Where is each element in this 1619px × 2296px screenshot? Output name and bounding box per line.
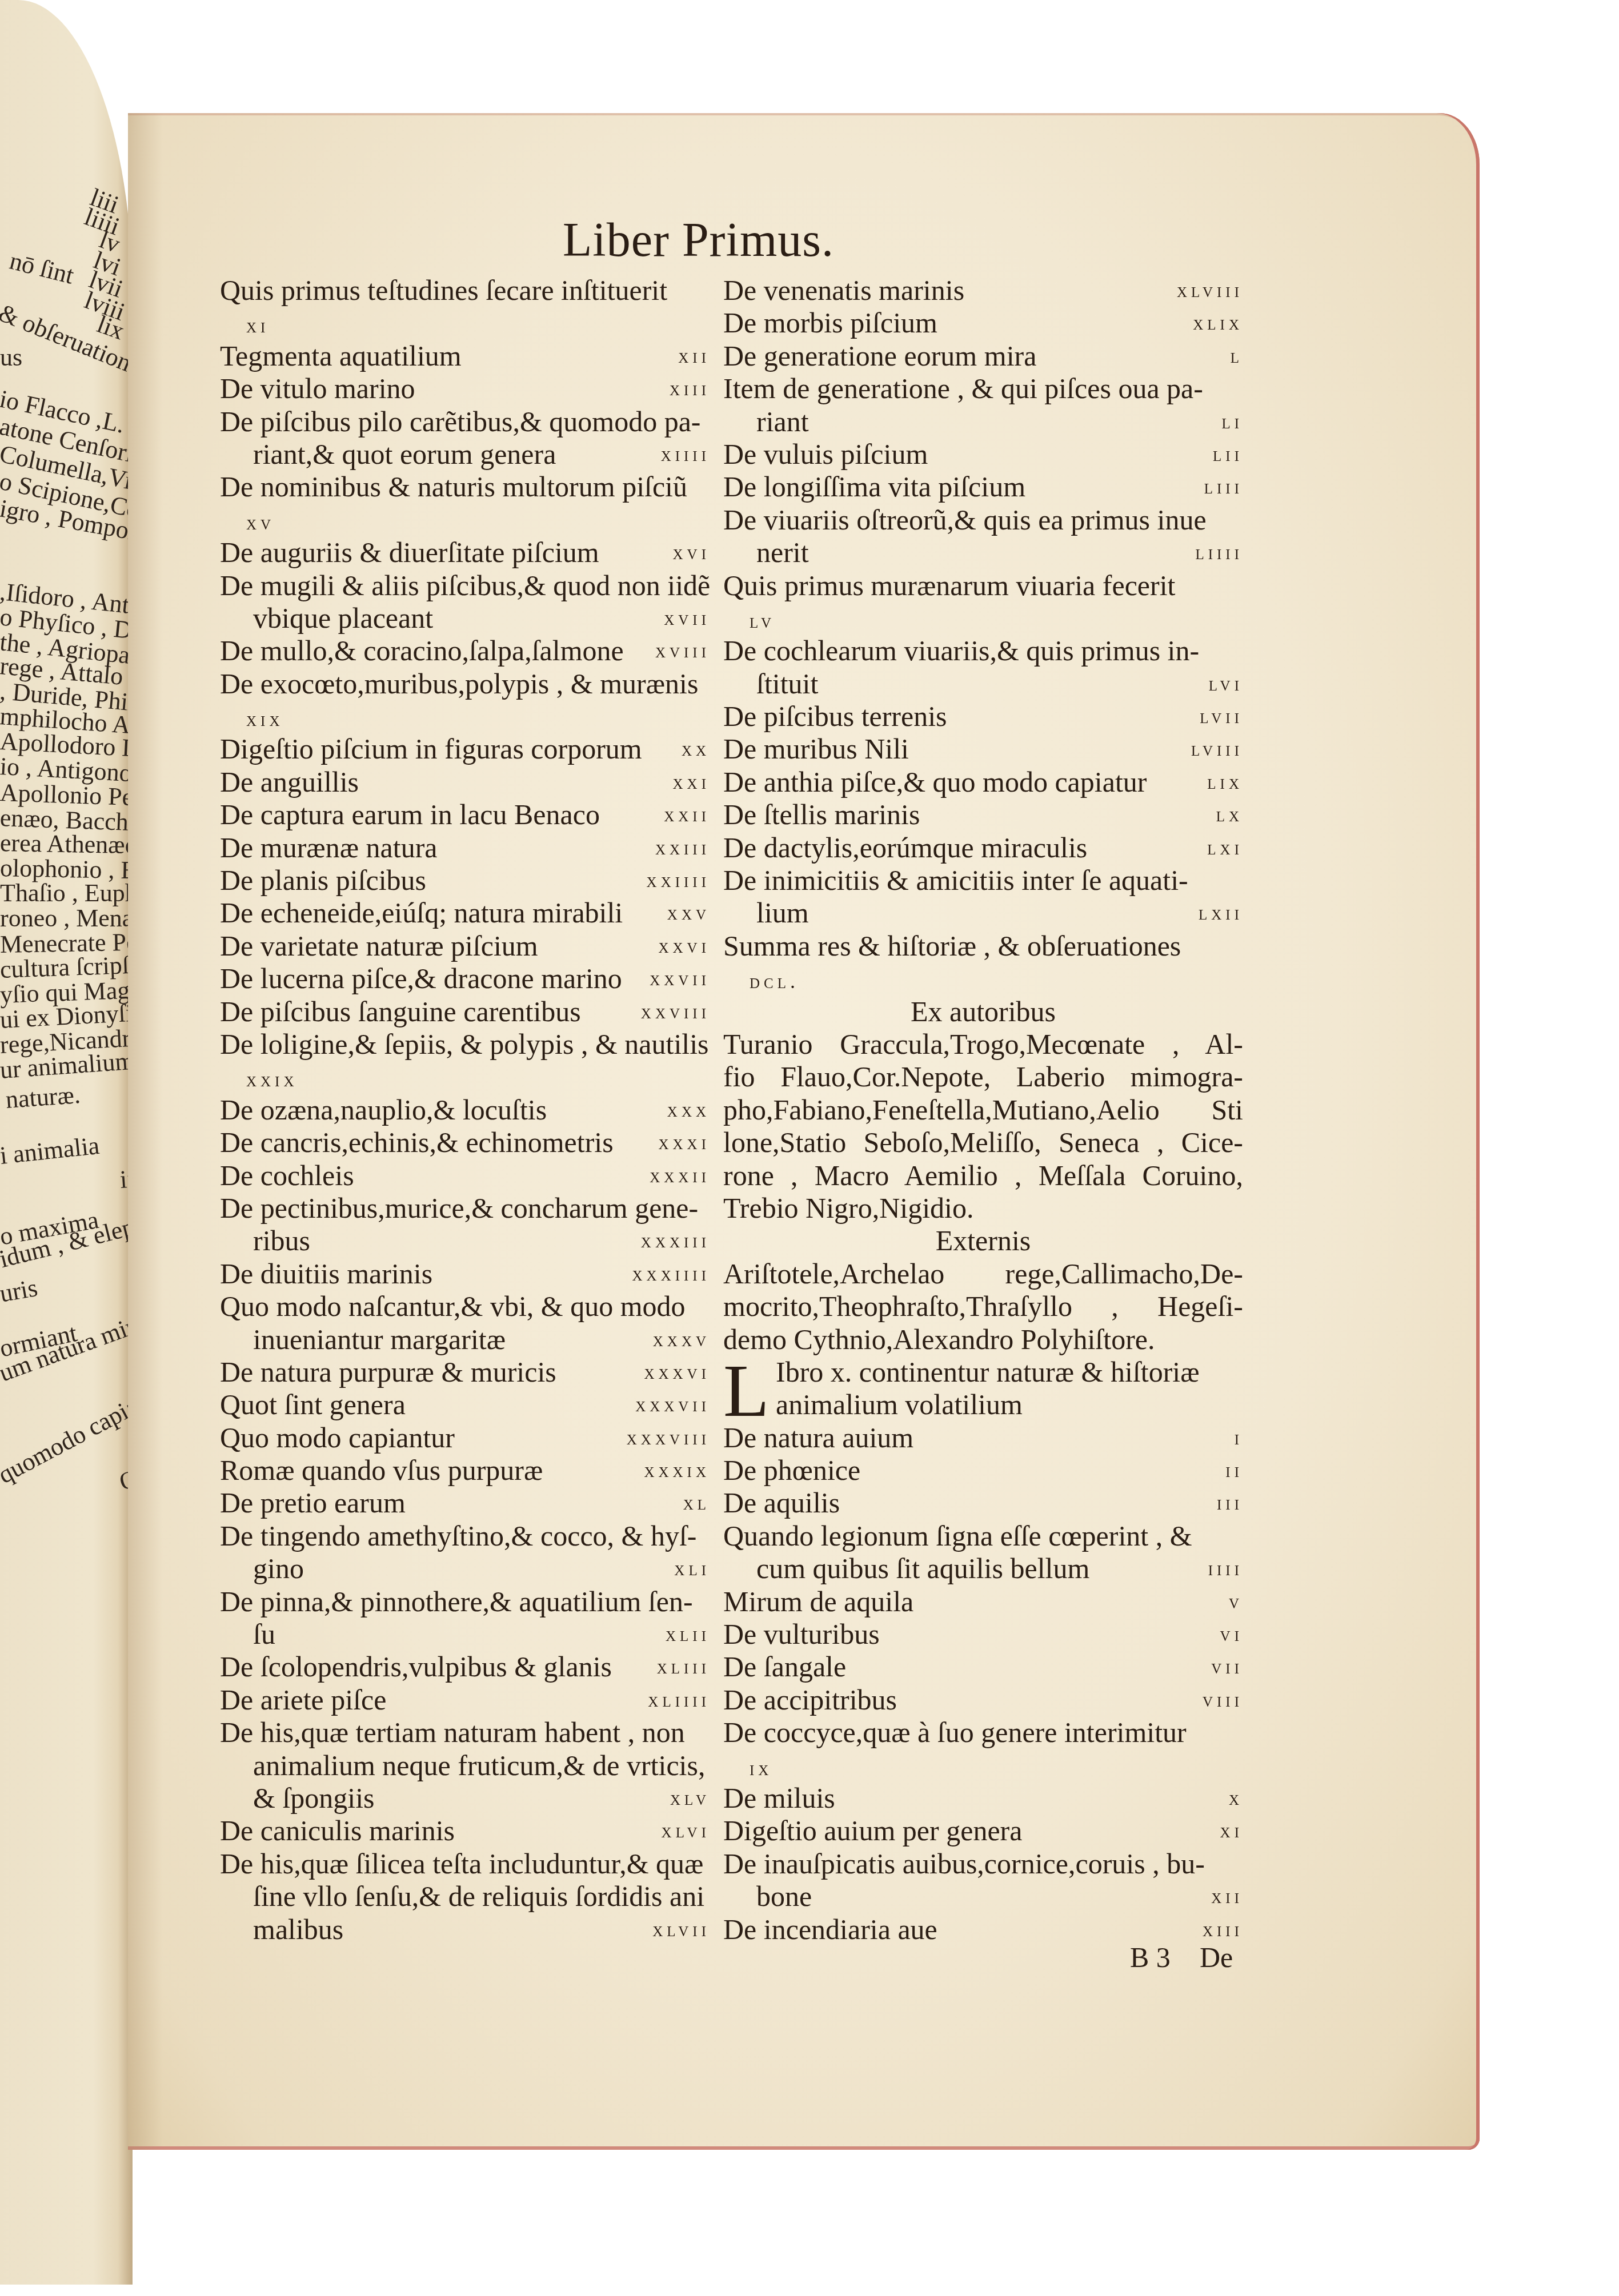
entry-title: De ſangale [723, 1651, 846, 1683]
entry-line: Quando legionum ſigna eſſe cœperint , & [723, 1520, 1243, 1552]
entry-title: De pectinibus,murice,& concharum gene- [220, 1192, 698, 1225]
chapter-number: liiii [1189, 536, 1243, 569]
chapter-number: xx [676, 733, 710, 765]
chapter-number: xix [241, 708, 283, 730]
entry-title: De murænæ natura [220, 832, 437, 864]
author-line: pho,Fabiano,Feneſtella,Mutiano,Aelio Sti [723, 1094, 1243, 1126]
entry-line: De morbis piſciumxlix [723, 307, 1243, 339]
entry-title: De echeneide,eiúſq; natura mirabili [220, 897, 623, 929]
entry-title: gino [253, 1552, 304, 1585]
chapter-number: xlix [1187, 307, 1243, 339]
entry-title: De auguriis & diuerſitate piſcium [220, 536, 599, 569]
left-page-fragment: us [0, 343, 22, 372]
chapter-number: x [1223, 1782, 1243, 1815]
entry-title: De piſcibus ſanguine carentibus [220, 996, 581, 1028]
entry-title: De vuluis piſcium [723, 438, 928, 471]
entry-title: De exocœto,muribus,polypis , & murænis [220, 668, 698, 700]
index-entry: De venenatis marinisxlviii [723, 274, 1243, 307]
facing-left-page: liiiliiiilvlvinō ſintlviilviiilix& obſer… [0, 0, 133, 2285]
index-entry: De ſtellis marinislx [723, 798, 1243, 831]
entry-line: ſine vllo ſenſu,& de reliquis ſordidis a… [220, 1880, 710, 1913]
entry-title: nerit [756, 536, 809, 569]
index-entry: De mugili & aliis piſcibus,& quod non ii… [220, 569, 710, 635]
entry-line: De nominibus & naturis multorum piſciũ [220, 471, 710, 503]
entry-title: De generatione eorum mira [723, 340, 1036, 372]
book-x-heading: L Ibro x. continentur naturæ & hiſtoriæ … [723, 1356, 1243, 1422]
entry-line: De cochleisxxxii [220, 1159, 710, 1192]
entry-title: malibus [253, 1913, 343, 1946]
chapter-number: viii [1197, 1684, 1243, 1716]
entry-line: De muribus Nililviii [723, 733, 1243, 765]
index-entry: De muribus Nililviii [723, 733, 1243, 765]
foreign-authors-list: Ariſtotele,Archelao rege,Callimacho,De-m… [723, 1258, 1243, 1356]
spine-shadow [128, 113, 162, 2150]
chapter-number: xxxii [644, 1159, 710, 1192]
left-page-fragment: nō ſint [7, 246, 77, 290]
entry-line: De piſcibus ſanguine carentibusxxviii [220, 996, 710, 1028]
entry-title: De pretio earum [220, 1487, 406, 1519]
left-column-index: Quis primus teſtudines ſecare inſtitueri… [220, 274, 710, 1946]
entry-line: De varietate naturæ piſciumxxvi [220, 930, 710, 962]
index-entry: De ſcolopendris,vulpibus & glanisxliii [220, 1651, 710, 1683]
chapter-number: xxviii [635, 996, 710, 1028]
author-line: demo Cythnio,Alexandro Polyhiſtore. [723, 1323, 1243, 1356]
chapter-number: xi [241, 314, 269, 337]
entry-title: De anthia piſce,& quo modo capiatur [723, 766, 1147, 798]
entry-line: malibusxlvii [220, 1913, 710, 1946]
entry-title: De diuitiis marinis [220, 1258, 432, 1290]
index-entry: De piſcibus ſanguine carentibusxxviii [220, 996, 710, 1028]
entry-title: Digeſtio auium per genera [723, 1815, 1022, 1847]
entry-title: De ſcolopendris,vulpibus & glanis [220, 1651, 612, 1683]
entry-line: ribusxxxiii [220, 1225, 710, 1257]
index-entry: De mullo,& coracino,ſalpa,ſalmonexviii [220, 635, 710, 667]
entry-title: De captura earum in lacu Benaco [220, 798, 600, 831]
entry-title: Quot ſint genera [220, 1388, 406, 1421]
entry-title: ſu [253, 1618, 275, 1651]
entry-line: inueniantur margaritæxxxv [220, 1323, 710, 1356]
entry-line: De his,quæ ſilicea teſta includuntur,& q… [220, 1848, 710, 1880]
roman-authors-list: Turanio Graccula,Trogo,Mecœnate , Al-fio… [723, 1028, 1243, 1225]
chapter-number: ix [744, 1757, 772, 1780]
entry-title: Summa res & hiſtoriæ , & obſeruationes [723, 930, 1181, 962]
book-ix-chapters-continued: De venenatis marinisxlviiiDe morbis piſc… [723, 274, 1243, 996]
entry-title: Tegmenta aquatilium [220, 340, 462, 372]
entry-line: De piſcibus terrenislvii [723, 700, 1243, 733]
index-entry: De accipitribusviii [723, 1684, 1243, 1716]
entry-title: De natura purpuræ & muricis [220, 1356, 556, 1388]
entry-title: De his,quæ tertiam naturam habent , non [220, 1716, 685, 1749]
author-line: mocrito,Theophraſto,Thraſyllo , Hegeſi- [723, 1290, 1243, 1323]
chapter-number: xvii [658, 602, 710, 635]
chapter-number: lxii [1193, 897, 1243, 929]
chapter-number: xxvi [653, 930, 711, 962]
entry-title: De miluis [723, 1782, 835, 1815]
entry-title: De cochlearum viuariis,& quis primus in- [723, 635, 1199, 667]
entry-line: De generatione eorum miral [723, 340, 1243, 372]
entry-line: De loligine,& ſepiis, & polypis , & naut… [220, 1028, 710, 1061]
entry-line: Mirum de aquilav [723, 1585, 1243, 1618]
entry-line: liumlxii [723, 897, 1243, 929]
entry-title: De vitulo marino [220, 372, 415, 405]
entry-title: De venenatis marinis [723, 274, 964, 307]
entry-title: De nominibus & naturis multorum piſciũ [220, 471, 687, 503]
entry-title: De caniculis marinis [220, 1815, 455, 1847]
chapter-number: xxxix [638, 1454, 710, 1487]
index-entry: De natura auiumi [723, 1422, 1243, 1454]
entry-line: De piſcibus pilo carẽtibus,& quomodo pa- [220, 406, 710, 438]
entry-line: De echeneide,eiúſq; natura mirabilixxv [220, 897, 710, 929]
entry-title: De his,quæ ſilicea teſta includuntur,& q… [220, 1848, 703, 1880]
entry-line: De vulturibusvi [723, 1618, 1243, 1651]
chapter-number: xxx [662, 1094, 710, 1126]
entry-line: animalium neque fruticum,& de vrticis, [220, 1749, 710, 1782]
entry-title: De phœnice [723, 1454, 860, 1487]
left-page-fragment: naturæ. [5, 1080, 81, 1114]
index-entry: De echeneide,eiúſq; natura mirabilixxv [220, 897, 710, 929]
entry-line: De mullo,& coracino,ſalpa,ſalmonexviii [220, 635, 710, 667]
entry-title: De tingendo amethyſtino,& cocco, & hyſ- [220, 1520, 697, 1552]
left-page-fragment: uris [0, 1273, 39, 1308]
chapter-number: xvi [667, 536, 710, 569]
running-head: Liber Primus. [563, 212, 834, 268]
entry-line: De inauſpicatis auibus,cornice,coruis , … [723, 1848, 1243, 1880]
entry-title: riant [756, 406, 809, 438]
index-entry: De varietate naturæ piſciumxxvi [220, 930, 710, 962]
entry-title: cum quibus ſit aquilis bellum [756, 1552, 1089, 1585]
entry-title: Quis primus murænarum viuaria fecerit [723, 569, 1175, 602]
book-x-line-1: Ibro x. continentur naturæ & hiſtoriæ [776, 1356, 1243, 1388]
chapter-number: xxi [667, 766, 710, 798]
entry-line: Quot ſint generaxxxvii [220, 1388, 710, 1421]
entry-line: De cochlearum viuariis,& quis primus in- [723, 635, 1243, 667]
entry-line: De tingendo amethyſtino,& cocco, & hyſ- [220, 1520, 710, 1552]
chapter-number: lvii [1194, 700, 1243, 733]
index-entry: Mirum de aquilav [723, 1585, 1243, 1618]
left-page-fragment: i animalia [0, 1131, 101, 1170]
chapter-number: xlvii [647, 1913, 710, 1946]
entry-line: Summa res & hiſtoriæ , & obſeruationes [723, 930, 1243, 962]
entry-title: De dactylis,eorúmque miraculis [723, 832, 1087, 864]
entry-line: De coccyce,quæ à ſuo genere interimitur [723, 1716, 1243, 1749]
author-line: Trebio Nigro,Nigidio. [723, 1192, 1243, 1225]
index-entry: De longiſſima vita piſciumliii [723, 471, 1243, 503]
chapter-number: xii [1205, 1880, 1243, 1913]
index-entry: Quis primus teſtudines ſecare inſtitueri… [220, 274, 710, 340]
entry-title: De incendiaria aue [723, 1913, 937, 1946]
index-entry: Tegmenta aquatiliumxii [220, 340, 710, 372]
chapter-number: xxxviii [621, 1422, 710, 1454]
entry-line: De viuariis oſtreorũ,& quis ea primus in… [723, 504, 1243, 536]
index-entry: De viuariis oſtreorũ,& quis ea primus in… [723, 504, 1243, 569]
chapter-number: xxiii [650, 832, 710, 864]
index-entry: De ariete piſcexliiii [220, 1684, 710, 1716]
entry-line: De planis piſcibusxxiiii [220, 864, 710, 897]
chapter-number: li [1216, 406, 1243, 438]
chapter-number: xxxvi [638, 1356, 710, 1388]
chapter-number: xviii [650, 635, 710, 667]
chapter-number: xiiii [655, 438, 710, 471]
chapter-number: lv [744, 609, 775, 632]
entry-line: De dactylis,eorúmque miraculislxi [723, 832, 1243, 864]
index-entry: De loligine,& ſepiis, & polypis , & naut… [220, 1028, 710, 1094]
chapter-number: xxxi [653, 1126, 711, 1159]
chapter-number: xxiiii [641, 864, 710, 897]
index-entry: De caniculis marinisxlvi [220, 1815, 710, 1847]
chapter-number: xl [678, 1487, 710, 1519]
entry-line: De diuitiis marinisxxxiiii [220, 1258, 710, 1290]
chapter-number: i [1229, 1422, 1243, 1454]
entry-title: De piſcibus pilo carẽtibus,& quomodo pa- [220, 406, 701, 438]
entry-title: De muribus Nili [723, 733, 909, 765]
entry-title: Quo modo capiantur [220, 1422, 455, 1454]
entry-line: De aquilisiii [723, 1487, 1243, 1519]
entry-title: Mirum de aquila [723, 1585, 913, 1618]
entry-title: ſtituit [756, 668, 818, 700]
chapter-number: xi [1215, 1815, 1243, 1847]
entry-line: De anguillisxxi [220, 766, 710, 798]
index-entry: Quando legionum ſigna eſſe cœperint , &c… [723, 1520, 1243, 1585]
left-page-fragment: quomodo capiantur [0, 1372, 133, 1490]
entry-line: Quo modo capianturxxxviii [220, 1422, 710, 1454]
entry-line: De pinna,& pinnothere,& aquatilium ſen- [220, 1585, 710, 1618]
entry-line: ginoxli [220, 1552, 710, 1585]
index-entry: De his,quæ ſilicea teſta includuntur,& q… [220, 1848, 710, 1946]
index-entry: De his,quæ tertiam naturam habent , nona… [220, 1716, 710, 1815]
entry-line: vbique placeantxvii [220, 602, 710, 635]
index-entry: De auguriis & diuerſitate piſciumxvi [220, 536, 710, 569]
author-line: Turanio Graccula,Trogo,Mecœnate , Al- [723, 1028, 1243, 1061]
chapter-number: xii [672, 340, 710, 372]
chapter-number: xliiii [642, 1684, 710, 1716]
index-entry: De cochleisxxxii [220, 1159, 710, 1192]
index-entry: De captura earum in lacu Benacoxxii [220, 798, 710, 831]
chapter-number: vii [1205, 1651, 1243, 1683]
entry-line: De natura purpuræ & muricisxxxvi [220, 1356, 710, 1388]
entry-title: De mugili & aliis piſcibus,& quod non ii… [220, 569, 710, 602]
index-entry: De anguillisxxi [220, 766, 710, 798]
entry-line: De vuluis piſciumlii [723, 438, 1243, 471]
index-entry: De vulturibusvi [723, 1618, 1243, 1651]
index-entry: Romæ quando vſus purpuræxxxix [220, 1454, 710, 1487]
right-column-index: De venenatis marinisxlviiiDe morbis piſc… [723, 274, 1243, 1946]
entry-title: De natura auium [723, 1422, 913, 1454]
entry-title: vbique placeant [253, 602, 433, 635]
entry-line: Digeſtio auium per generaxi [723, 1815, 1243, 1847]
entry-title: De ſtellis marinis [723, 798, 920, 831]
index-entry: De coccyce,quæ à ſuo genere interimituri… [723, 1716, 1243, 1782]
chapter-number: xlviii [1171, 274, 1243, 307]
chapter-number: lii [1207, 438, 1243, 471]
index-entry: De cochlearum viuariis,& quis primus in-… [723, 635, 1243, 700]
entry-title: De lucerna piſce,& dracone marino [220, 962, 622, 995]
entry-title: De ariete piſce [220, 1684, 386, 1716]
entry-line: De captura earum in lacu Benacoxxii [220, 798, 710, 831]
entry-line: De ſtellis marinislx [723, 798, 1243, 831]
signature-mark: B 3 [1130, 1941, 1171, 1974]
index-entry: De natura purpuræ & muricisxxxvi [220, 1356, 710, 1388]
entry-line: De ariete piſcexliiii [220, 1684, 710, 1716]
entry-line: De cancris,echinis,& echinometrisxxxi [220, 1126, 710, 1159]
chapter-number: liii [1199, 471, 1243, 503]
entry-line: ſuxlii [220, 1618, 710, 1651]
index-entry: De tingendo amethyſtino,& cocco, & hyſ-g… [220, 1520, 710, 1585]
index-entry: Digeſtio auium per generaxi [723, 1815, 1243, 1847]
index-entry: Digeſtio piſcium in figuras corporumxx [220, 733, 710, 765]
entry-title: De ozæna,nauplio,& locuſtis [220, 1094, 547, 1126]
entry-line: Item de generatione , & qui piſces oua p… [723, 372, 1243, 405]
chapter-number: xxv [662, 897, 710, 929]
entry-line: De his,quæ tertiam naturam habent , non [220, 1716, 710, 1749]
entry-line: De murænæ naturaxxiii [220, 832, 710, 864]
index-entry: De lucerna piſce,& dracone marinoxxvii [220, 962, 710, 995]
externis-heading: Externis [723, 1225, 1243, 1257]
index-entry: De vuluis piſciumlii [723, 438, 1243, 471]
chapter-number: v [1223, 1585, 1243, 1618]
chapter-number: xxii [658, 798, 710, 831]
entry-line: De miluisx [723, 1782, 1243, 1815]
index-entry: De diuitiis marinisxxxiiii [220, 1258, 710, 1290]
entry-line: ſtituitlvi [723, 668, 1243, 700]
entry-line: bonexii [723, 1880, 1243, 1913]
entry-line: De venenatis marinisxlviii [723, 274, 1243, 307]
entry-title: De piſcibus terrenis [723, 700, 947, 733]
chapter-number: xxix [241, 1068, 298, 1091]
chapter-number: iiii [1203, 1552, 1243, 1585]
chapter-number: ii [1220, 1454, 1243, 1487]
entry-line: De ſangalevii [723, 1651, 1243, 1683]
entry-line: De auguriis & diuerſitate piſciumxvi [220, 536, 710, 569]
index-entry: Summa res & hiſtoriæ , & obſeruationesdc… [723, 930, 1243, 996]
chapter-number: dcl. [744, 970, 799, 993]
index-entry: Item de generatione , & qui piſces oua p… [723, 372, 1243, 438]
entry-title: De aquilis [723, 1487, 840, 1519]
index-entry: De pretio earumxl [220, 1487, 710, 1519]
entry-title: De inimicitiis & amicitiis inter ſe aqua… [723, 864, 1188, 897]
chapter-number: lvi [1203, 668, 1243, 700]
entry-line: Romæ quando vſus purpuræxxxix [220, 1454, 710, 1487]
index-entry: De dactylis,eorúmque miraculislxi [723, 832, 1243, 864]
entry-line: De ozæna,nauplio,& locuſtisxxx [220, 1094, 710, 1126]
chapter-number: xxxvii [630, 1388, 710, 1421]
entry-line: Quis primus teſtudines ſecare inſtitueri… [220, 274, 710, 307]
entry-title: Quo modo naſcantur,& vbi, & quo modo [220, 1290, 686, 1323]
chapter-number: xxxiii [635, 1225, 710, 1257]
catchword: De [1200, 1941, 1233, 1974]
entry-title: De planis piſcibus [220, 864, 426, 897]
index-entry: De inimicitiis & amicitiis inter ſe aqua… [723, 864, 1243, 930]
entry-title: De inauſpicatis auibus,cornice,coruis , … [723, 1848, 1205, 1880]
entry-line: Quis primus murænarum viuaria fecerit [723, 569, 1243, 602]
entry-line: riant,& quot eorum generaxiiii [220, 438, 710, 471]
entry-line: De vitulo marinoxiii [220, 372, 710, 405]
chapter-number: xxxiiii [627, 1258, 710, 1290]
entry-title: riant,& quot eorum genera [253, 438, 556, 471]
chapter-number: xlv [664, 1782, 710, 1815]
drop-cap-initial: L [723, 1359, 770, 1422]
entry-title: De morbis piſcium [723, 307, 937, 339]
entry-line: De exocœto,muribus,polypis , & murænis [220, 668, 710, 700]
index-entry: De pinna,& pinnothere,& aquatilium ſen-ſ… [220, 1585, 710, 1651]
entry-title: De loligine,& ſepiis, & polypis , & naut… [220, 1028, 709, 1061]
entry-title: & ſpongiis [253, 1782, 375, 1815]
index-entry: De pectinibus,murice,& concharum gene-ri… [220, 1192, 710, 1258]
index-entry: De aquilisiii [723, 1487, 1243, 1519]
index-entry: Quis primus murænarum viuaria feceritlv [723, 569, 1243, 635]
chapter-number: lviii [1185, 733, 1243, 765]
entry-title: Item de generatione , & qui piſces oua p… [723, 372, 1203, 405]
entry-title: animalium neque fruticum,& de vrticis, [253, 1749, 705, 1782]
index-entry: De piſcibus terrenislvii [723, 700, 1243, 733]
entry-title: Quando legionum ſigna eſſe cœperint , & [723, 1520, 1192, 1552]
entry-line: neritliiii [723, 536, 1243, 569]
entry-title: lium [756, 897, 809, 929]
index-entry: De exocœto,muribus,polypis , & murænisxi… [220, 668, 710, 733]
index-entry: De murænæ naturaxxiii [220, 832, 710, 864]
chapter-number: xli [668, 1552, 710, 1585]
chapter-number: xliii [651, 1651, 710, 1683]
entry-title: De vulturibus [723, 1618, 880, 1651]
entry-line: De ſcolopendris,vulpibus & glanisxliii [220, 1651, 710, 1683]
chapter-number: vi [1215, 1618, 1243, 1651]
book-x-chapters: De natura auiumiDe phœniceiiDe aquilisii… [723, 1422, 1243, 1946]
index-entry: De planis piſcibusxxiiii [220, 864, 710, 897]
entry-line: De natura auiumi [723, 1422, 1243, 1454]
chapter-number: xv [241, 511, 275, 534]
index-entry: Quot ſint generaxxxvii [220, 1388, 710, 1421]
authors-heading: Ex autoribus [723, 996, 1243, 1028]
index-entry: De vitulo marinoxiii [220, 372, 710, 405]
entry-line: De pectinibus,murice,& concharum gene- [220, 1192, 710, 1225]
entry-title: De mullo,& coracino,ſalpa,ſalmone [220, 635, 624, 667]
entry-line: De accipitribusviii [723, 1684, 1243, 1716]
entry-title: ſine vllo ſenſu,& de reliquis ſordidis a… [253, 1880, 704, 1913]
entry-title: Quis primus teſtudines ſecare inſtitueri… [220, 274, 667, 307]
chapter-number: iii [1211, 1487, 1243, 1519]
index-entry: De cancris,echinis,& echinometrisxxxi [220, 1126, 710, 1159]
entry-title: Romæ quando vſus purpuræ [220, 1454, 543, 1487]
index-entry: Quo modo capianturxxxviii [220, 1422, 710, 1454]
entry-title: De longiſſima vita piſcium [723, 471, 1025, 503]
entry-line: De pretio earumxl [220, 1487, 710, 1519]
entry-title: De anguillis [220, 766, 359, 798]
entry-line: De anthia piſce,& quo modo capiaturlix [723, 766, 1243, 798]
chapter-number: l [1225, 340, 1243, 372]
entry-line: riantli [723, 406, 1243, 438]
entry-title: inueniantur margaritæ [253, 1323, 506, 1356]
entry-line: Quo modo naſcantur,& vbi, & quo modo [220, 1290, 710, 1323]
entry-line: De longiſſima vita piſciumliii [723, 471, 1243, 503]
chapter-number: xlii [660, 1618, 710, 1651]
entry-line: De caniculis marinisxlvi [220, 1815, 710, 1847]
chapter-number: xiii [664, 372, 710, 405]
author-line: fio Flauo,Cor.Nepote, Laberio mimogra- [723, 1061, 1243, 1093]
entry-line: & ſpongiisxlv [220, 1782, 710, 1815]
entry-title: De pinna,& pinnothere,& aquatilium ſen- [220, 1585, 693, 1618]
entry-title: bone [756, 1880, 812, 1913]
entry-line: De mugili & aliis piſcibus,& quod non ii… [220, 569, 710, 602]
chapter-number: lxi [1201, 832, 1243, 864]
index-entry: De piſcibus pilo carẽtibus,& quomodo pa-… [220, 406, 710, 471]
index-entry: De nominibus & naturis multorum piſciũxv [220, 471, 710, 536]
index-entry: De generatione eorum miral [723, 340, 1243, 372]
entry-title: Digeſtio piſcium in figuras corporum [220, 733, 642, 765]
index-entry: De phœniceii [723, 1454, 1243, 1487]
chapter-number: xxxv [647, 1323, 710, 1356]
entry-title: De coccyce,quæ à ſuo genere interimitur [723, 1716, 1187, 1749]
book-x-line-2: animalium volatilium [776, 1388, 1243, 1421]
chapter-number: lx [1211, 798, 1243, 831]
